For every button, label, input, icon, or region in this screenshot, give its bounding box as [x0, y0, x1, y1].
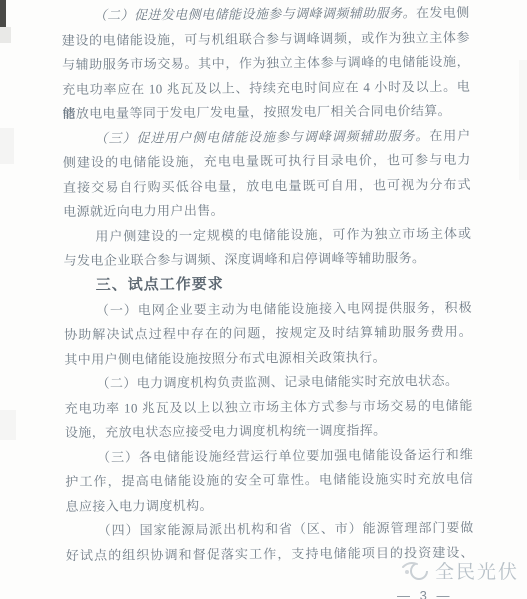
- text-line: （二）促进发电侧电储能设施参与调峰调频辅助服务。在发电侧: [62, 1, 470, 29]
- text-line: 侧建设的电储能设施，充电电量既可执行目录电价，也可参与电力: [63, 148, 471, 176]
- body-text: 其中用户侧电储能设施按照分布式电源相关政策执行。: [64, 349, 386, 367]
- body-text: 建设的电储能设施，可与机组联合参与调峰调频，或作为独立主体参: [62, 29, 470, 47]
- watermark: 全民光伏: [401, 557, 519, 584]
- text-line: （一）电网企业要主动为电储能设施接入电网提供服务，积极: [64, 295, 472, 323]
- emphasis-text: （三）促进用户侧电储能设施参与调峰调频辅助服务。: [95, 128, 430, 146]
- watermark-text: 全民光伏: [435, 557, 519, 584]
- scan-artifact-smudge: [0, 27, 11, 43]
- body-text: 电源就近向电力用户出售。: [63, 203, 224, 219]
- body-text: 与辅助服务市场交易。其中，作为独立主体参与调峰的电储能设施，: [62, 54, 470, 72]
- scan-artifact-smudge: [0, 410, 16, 440]
- body-text: （一）电网企业要主动为电储能设施接入电网提供服务，积极: [96, 299, 472, 317]
- quanmin-pv-logo-icon: [401, 558, 431, 583]
- section-heading: 三、试点工作要求: [64, 271, 472, 299]
- body-text: 协助解决试点过程中存在的问题，按规定及时结算辅助服务费用。: [64, 324, 472, 342]
- body-text: 用户侧建设的一定规模的电储能设施，可作为独立市场主体或: [95, 226, 471, 244]
- text-line: 充电功率应在 10 兆瓦及以上、持续充电时间应在 4 小时及以上。电储: [62, 74, 470, 102]
- body-text: （二）电力调度机构负责监测、记录电储能实时充放电状态。: [96, 373, 458, 391]
- page-number: — 3 —: [397, 588, 452, 599]
- text-line: 能放电电量等同于发电厂发电量，按照发电厂相关合同电价结算。: [62, 99, 470, 127]
- body-text: 侧建设的电储能设施，充电电量既可执行目录电价，也可参与电力: [63, 152, 471, 170]
- body-text: 直接交易自行购买低谷电量，放电电量既可自用，也可视为分布式: [63, 177, 471, 195]
- emphasis-text: （二）促进发电侧电储能设施参与调峰调频辅助服务。: [94, 5, 416, 23]
- text-line: 用户侧建设的一定规模的电储能设施，可作为独立市场主体或: [63, 222, 471, 250]
- scan-artifact-smudge: [0, 128, 14, 164]
- text-line: 直接交易自行购买低谷电量，放电电量既可自用，也可视为分布式: [63, 173, 471, 201]
- body-text: 与发电企业联合参与调频、深度调峰和启停调峰等辅助服务。: [64, 251, 426, 269]
- body-text: 在用户: [429, 128, 470, 143]
- scan-artifact-corner: [0, 0, 6, 27]
- text-line: （二）电力调度机构负责监测、记录电储能实时充放电状态。: [64, 369, 472, 397]
- text-line: 电源就近向电力用户出售。: [63, 197, 471, 225]
- body-text: 三、试点工作要求: [96, 276, 224, 294]
- body-text: 息应接入电力调度机构。: [65, 498, 213, 514]
- body-text: 能放电电量等同于发电厂发电量，按照发电厂相关合同电价结算。: [62, 103, 451, 121]
- text-line: 设施，充放电状态应接受电力调度机构统一调度指挥。: [65, 418, 473, 446]
- text-line: 协助解决试点过程中存在的问题，按规定及时结算辅助服务费用。: [64, 320, 472, 348]
- text-line: 息应接入电力调度机构。: [65, 492, 473, 520]
- body-text: 护工作，提高电储能设施的安全可靠性。电储能设施实时充放电信: [65, 471, 473, 489]
- body-text: （三）各电储能设施经营运行单位要加强电储能设备运行和维: [97, 447, 473, 465]
- text-line: 充电功率 10 兆瓦及以上以独立市场主体方式参与市场交易的电储能: [65, 394, 473, 422]
- body-text: 在发电侧: [416, 5, 470, 20]
- text-line: 与辅助服务市场交易。其中，作为独立主体参与调峰的电储能设施，: [62, 50, 470, 78]
- text-line: （四）国家能源局派出机构和省（区、市）能源管理部门要做: [66, 516, 474, 544]
- text-line: （三）各电储能设施经营运行单位要加强电储能设备运行和维: [65, 443, 473, 471]
- text-line: 建设的电储能设施，可与机组联合参与调峰调频，或作为独立主体参: [62, 25, 470, 53]
- document-text-block: （二）促进发电侧电储能设施参与调峰调频辅助服务。在发电侧建设的电储能设施，可与机…: [62, 1, 474, 569]
- text-line: 与发电企业联合参与调频、深度调峰和启停调峰等辅助服务。: [63, 246, 471, 274]
- body-text: （四）国家能源局派出机构和省（区、市）能源管理部门要做: [98, 520, 474, 538]
- body-text: 设施，充放电状态应接受电力调度机构统一调度指挥。: [65, 423, 387, 441]
- scan-artifact-smudge: [519, 60, 527, 180]
- text-line: （三）促进用户侧电储能设施参与调峰调频辅助服务。在用户: [63, 124, 471, 152]
- text-line: 护工作，提高电储能设施的安全可靠性。电储能设施实时充放电信: [65, 467, 473, 495]
- text-line: 其中用户侧电储能设施按照分布式电源相关政策执行。: [64, 344, 472, 372]
- body-text: 充电功率 10 兆瓦及以上以独立市场主体方式参与市场交易的电储能: [65, 398, 473, 416]
